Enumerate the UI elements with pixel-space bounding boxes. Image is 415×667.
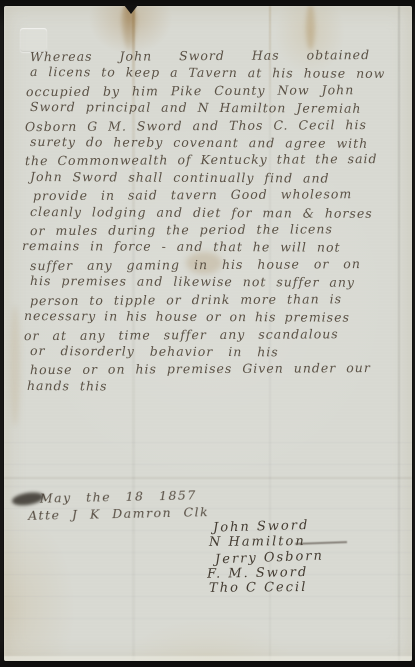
handwritten-line: his premises and likewise not suffer any [30, 272, 406, 291]
paper-notch [124, 5, 138, 14]
signature-block: John Sword N Hamilton Jerry Osborn F. M.… [207, 518, 407, 596]
handwritten-line: or at any time suffer any scandalous [24, 324, 406, 344]
handwritten-body: Whereas John Sword Has obtained a licens… [30, 47, 406, 395]
handwritten-line: provide in said tavern Good wholesom [33, 185, 406, 205]
stain-left-edge [10, 306, 20, 426]
stain-top-right [306, 6, 315, 50]
date-attest-block: May the 18 1857 Atte J K Damron Clk [28, 487, 210, 523]
handwritten-line: Sword principal and N Hamilton Jeremiah [30, 98, 406, 117]
signature-tho-c-cecil: Tho C Cecil [209, 580, 407, 597]
date-line: May the 18 1857 [40, 487, 209, 506]
horizontal-fold-line [4, 477, 412, 479]
handwritten-line: house or on his premises Given under our [30, 359, 406, 379]
paper-bottom-edge-highlight [4, 656, 412, 661]
handwritten-line: person to tipple or drink more than is [30, 290, 406, 310]
handwritten-line: a licens to keep a Tavern at his house n… [30, 63, 406, 82]
handwritten-line: remains in force - and that he will not [22, 237, 406, 256]
handwritten-line: cleanly lodging and diet for man & horse… [30, 203, 406, 222]
handwritten-line: hands this [27, 377, 406, 396]
document-photo: Whereas John Sword Has obtained a licens… [0, 0, 415, 667]
attest-line: Atte J K Damron Clk [28, 504, 209, 523]
paper-sheet: Whereas John Sword Has obtained a licens… [4, 6, 412, 661]
handwritten-line: the Commonwealth of Kentucky that the sa… [25, 150, 406, 170]
handwritten-line: Osborn G M. Sword and Thos C. Cecil his [25, 115, 406, 135]
handwritten-line: necessary in his house or on his premise… [24, 307, 406, 326]
